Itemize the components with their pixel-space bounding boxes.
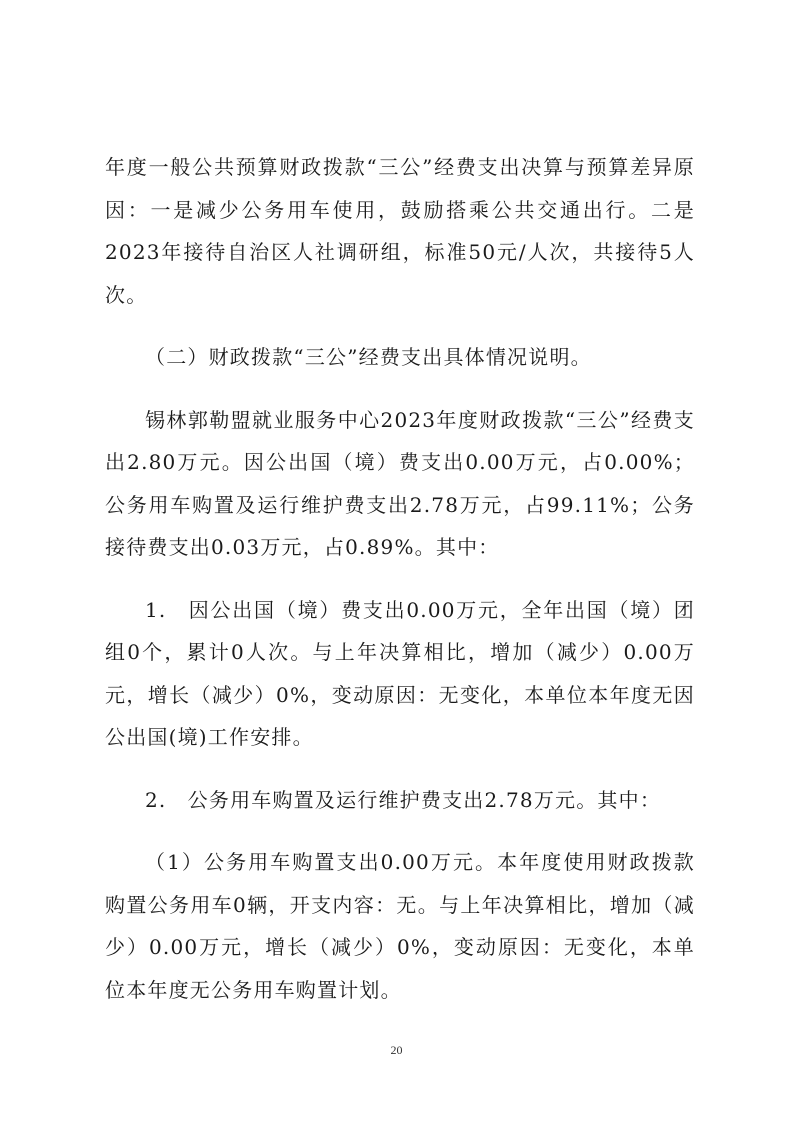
paragraph-vehicle-expenses: 2. 公务用车购置及运行维护费支出2.78万元。其中： [105,779,695,822]
paragraph-expense-summary: 锡林郭勒盟就业服务中心2023年度财政拨款“三公”经费支出2.80万元。因公出国… [105,399,695,569]
paragraph-overseas-travel-expenses: 1. 因公出国（境）费支出0.00万元，全年出国（境）团组0个，累计0人次。与上… [105,589,695,759]
paragraph-budget-variance-reasons: 年度一般公共预算财政拨款“三公”经费支出决算与预算差异原因：一是减少公务用车使用… [105,146,695,316]
document-body: 年度一般公共预算财政拨款“三公”经费支出决算与预算差异原因：一是减少公务用车使用… [105,146,695,1011]
paragraph-vehicle-purchase: （1）公务用车购置支出0.00万元。本年度使用财政拨款购置公务用车0辆，开支内容… [105,841,695,1011]
page-number: 20 [0,1043,793,1058]
section-heading-three-public-expenses: （二）财政拨款“三公”经费支出具体情况说明。 [105,336,695,379]
